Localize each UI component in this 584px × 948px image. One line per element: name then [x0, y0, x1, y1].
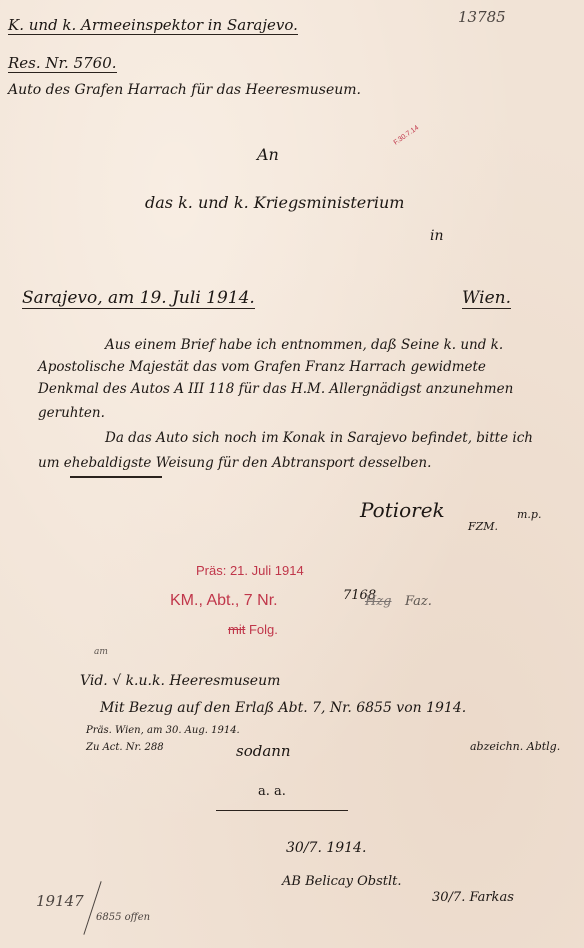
footer-date-right: 30/7. Farkas	[432, 890, 514, 905]
reference-line: Mit Bezug auf den Erlaß Abt. 7, Nr. 6855…	[100, 700, 466, 716]
signature-rank: FZM.	[468, 520, 498, 533]
ministry-registry: KM., Abt., 7 Nr.	[170, 592, 278, 610]
vid-line: Vid. √ k.u.k. Heeresmuseum	[80, 673, 280, 689]
emphasis-underline	[70, 476, 162, 478]
section-divider	[216, 810, 348, 811]
salutation: An	[257, 145, 279, 164]
footer-date: 30/7. 1914.	[286, 840, 366, 856]
sodann-note: sodann	[236, 742, 291, 760]
received-stamp: F.30.7.14	[393, 124, 421, 146]
reference-number: Res. Nr. 5760.	[8, 54, 117, 73]
folio-number: 13785	[458, 8, 506, 26]
followup-note: mit Folg.	[228, 622, 278, 637]
insert-note: am	[94, 647, 108, 657]
body-line: Aus einem Brief habe ich entnommen, daß …	[105, 337, 503, 353]
archive-slash	[83, 881, 101, 935]
abzeichnung-note: abzeichn. Abtlg.	[470, 740, 560, 753]
body-line: Da das Auto sich noch im Konak in Saraje…	[105, 430, 533, 446]
office-heading: K. und k. Armeeinspektor in Sarajevo.	[8, 16, 298, 35]
recipient: das k. und k. Kriegsministerium	[145, 193, 404, 212]
struck-word: mit	[228, 622, 245, 637]
body-line: Denkmal des Autos A III 118 für das H.M.…	[38, 381, 513, 397]
act-reference: Zu Act. Nr. 288	[86, 742, 164, 753]
registry-officer: Faz.	[405, 594, 432, 609]
praes-wien-line: Präs. Wien, am 30. Aug. 1914.	[86, 725, 240, 736]
document-page: K. und k. Armeeinspektor in Sarajevo. Re…	[0, 0, 584, 948]
place-date: Sarajevo, am 19. Juli 1914.	[22, 288, 255, 309]
aa-note: a. a.	[258, 784, 286, 799]
followup-label: Folg.	[249, 622, 278, 637]
praesentation-date: Präs: 21. Juli 1914	[196, 563, 304, 578]
body-line: um ehebaldigste Weisung für den Abtransp…	[38, 455, 431, 471]
archive-subnumber: 6855 offen	[96, 912, 150, 923]
signature-suffix: m.p.	[517, 508, 541, 521]
archive-number: 19147	[36, 892, 84, 910]
destination-city: Wien.	[462, 288, 511, 309]
approval-signature: AB Belicay Obstlt.	[282, 874, 402, 889]
signature: Potiorek	[360, 498, 445, 522]
body-line: Apostolische Majestät das vom Grafen Fra…	[38, 359, 486, 375]
struck-abbreviation: Hzg	[365, 594, 392, 609]
body-line: geruhten.	[38, 405, 105, 421]
recipient-mark: in	[430, 228, 444, 244]
subject-line: Auto des Grafen Harrach für das Heeresmu…	[8, 82, 361, 98]
